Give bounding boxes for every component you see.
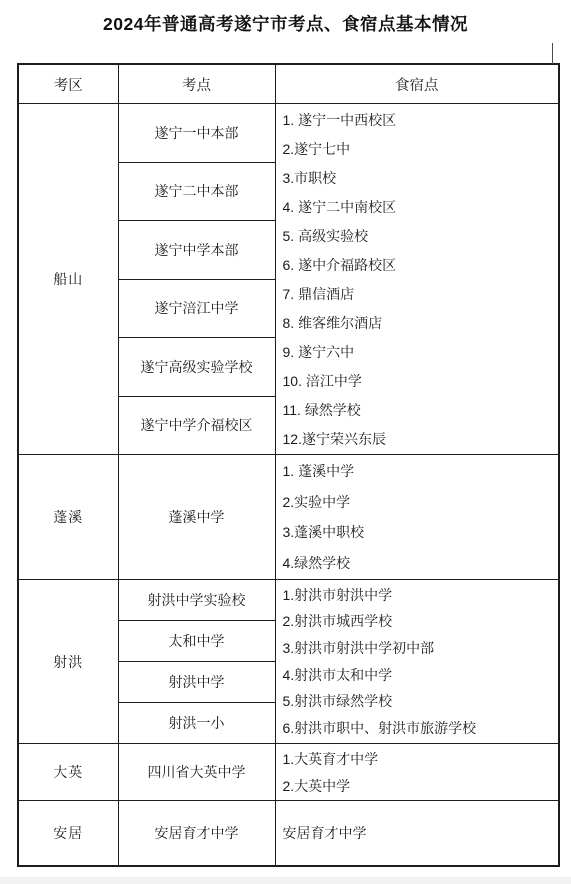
table-row: 安居 安居育才中学 安居育才中学 xyxy=(18,801,559,867)
site-cell: 遂宁二中本部 xyxy=(118,162,275,221)
lodging-list: 安居育才中学 xyxy=(276,802,559,864)
lodging-item: 2.射洪市城西学校 xyxy=(283,611,559,631)
lodging-cell-pengxi: 1. 蓬溪中学 2.实验中学 3.蓬溪中职校 4.绿然学校 xyxy=(275,455,559,580)
district-cell-pengxi: 蓬溪 xyxy=(18,455,118,580)
lodging-list: 1.射洪市射洪中学 2.射洪市城西学校 3.射洪市射洪中学初中部 4.射洪市太和… xyxy=(276,582,559,742)
lodging-item: 5.射洪市绿然学校 xyxy=(283,691,559,711)
site-cell: 四川省大英中学 xyxy=(118,744,275,801)
district-cell-anju: 安居 xyxy=(18,801,118,867)
table-row: 射洪 射洪中学实验校 1.射洪市射洪中学 2.射洪市城西学校 3.射洪市射洪中学… xyxy=(18,580,559,621)
lodging-cell-shehong: 1.射洪市射洪中学 2.射洪市城西学校 3.射洪市射洪中学初中部 4.射洪市太和… xyxy=(275,580,559,744)
site-cell: 射洪中学实验校 xyxy=(118,580,275,621)
lodging-item: 11. 绿然学校 xyxy=(283,400,559,420)
lodging-item: 10. 涪江中学 xyxy=(283,371,559,391)
table-row: 蓬溪 蓬溪中学 1. 蓬溪中学 2.实验中学 3.蓬溪中职校 4.绿然学校 xyxy=(18,455,559,580)
lodging-cell-anju: 安居育才中学 xyxy=(275,801,559,867)
lodging-item: 12.遂宁荣兴东辰 xyxy=(283,429,559,449)
lodging-item: 4.射洪市太和中学 xyxy=(283,665,559,685)
lodging-item: 2.实验中学 xyxy=(283,492,559,512)
lodging-item: 6.射洪市职中、射洪市旅游学校 xyxy=(283,718,559,738)
district-cell-shehong: 射洪 xyxy=(18,580,118,744)
table-row: 大英 四川省大英中学 1.大英育才中学 2.大英中学 xyxy=(18,744,559,801)
lodging-item: 2.大英中学 xyxy=(283,776,559,796)
table-header-row: 考区 考点 食宿点 xyxy=(18,64,559,104)
site-cell: 安居育才中学 xyxy=(118,801,275,867)
lodging-item: 4.绿然学校 xyxy=(283,553,559,573)
lodging-item: 1.射洪市射洪中学 xyxy=(283,585,559,605)
site-cell: 射洪一小 xyxy=(118,703,275,744)
lodging-list: 1.大英育才中学 2.大英中学 xyxy=(276,745,559,799)
site-cell: 蓬溪中学 xyxy=(118,455,275,580)
site-cell: 遂宁一中本部 xyxy=(118,104,275,163)
table-row: 船山 遂宁一中本部 1. 遂宁一中西校区 2.遂宁七中 3.市职校 4. 遂宁二… xyxy=(18,104,559,163)
lodging-item: 5. 高级实验校 xyxy=(283,226,559,246)
lodging-item: 3.市职校 xyxy=(283,168,559,188)
site-cell: 射洪中学 xyxy=(118,662,275,703)
lodging-item: 8. 维客维尔酒店 xyxy=(283,313,559,333)
site-cell: 遂宁中学本部 xyxy=(118,221,275,280)
site-cell: 遂宁涪江中学 xyxy=(118,279,275,338)
lodging-cell-daying: 1.大英育才中学 2.大英中学 xyxy=(275,744,559,801)
lodging-item: 7. 鼎信酒店 xyxy=(283,284,559,304)
lodging-list: 1. 遂宁一中西校区 2.遂宁七中 3.市职校 4. 遂宁二中南校区 5. 高级… xyxy=(276,105,559,453)
lodging-item: 3.射洪市射洪中学初中部 xyxy=(283,638,559,658)
lodging-cell-chuanshan: 1. 遂宁一中西校区 2.遂宁七中 3.市职校 4. 遂宁二中南校区 5. 高级… xyxy=(275,104,559,455)
lodging-item: 9. 遂宁六中 xyxy=(283,342,559,362)
site-cell: 遂宁中学介福校区 xyxy=(118,396,275,455)
header-district: 考区 xyxy=(18,64,118,104)
lodging-item: 6. 遂中介福路校区 xyxy=(283,255,559,275)
bottom-strip xyxy=(0,877,571,884)
site-cell: 遂宁高级实验学校 xyxy=(118,338,275,397)
district-cell-daying: 大英 xyxy=(18,744,118,801)
header-lodging: 食宿点 xyxy=(275,64,559,104)
table-right-border-artifact xyxy=(552,43,553,64)
lodging-item: 1. 蓬溪中学 xyxy=(283,461,559,481)
lodging-item: 安居育才中学 xyxy=(283,823,559,843)
lodging-item: 1.大英育才中学 xyxy=(283,749,559,769)
lodging-list: 1. 蓬溪中学 2.实验中学 3.蓬溪中职校 4.绿然学校 xyxy=(276,456,559,578)
district-cell-chuanshan: 船山 xyxy=(18,104,118,455)
page-title: 2024年普通高考遂宁市考点、食宿点基本情况 xyxy=(0,0,571,36)
lodging-item: 2.遂宁七中 xyxy=(283,139,559,159)
site-cell: 太和中学 xyxy=(118,621,275,662)
exam-lodging-table: 考区 考点 食宿点 船山 遂宁一中本部 1. 遂宁一中西校区 2.遂宁七中 3.… xyxy=(17,63,560,867)
lodging-item: 3.蓬溪中职校 xyxy=(283,522,559,542)
header-site: 考点 xyxy=(118,64,275,104)
lodging-item: 1. 遂宁一中西校区 xyxy=(283,110,559,130)
lodging-item: 4. 遂宁二中南校区 xyxy=(283,197,559,217)
